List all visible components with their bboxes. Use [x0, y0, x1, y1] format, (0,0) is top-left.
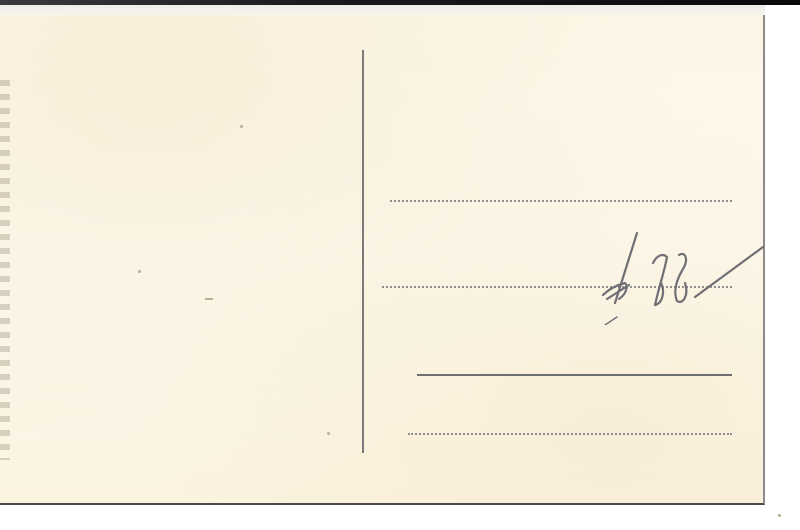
paper-speck: [327, 432, 330, 435]
left-edge-faint-text: [0, 80, 10, 460]
handwritten-annotation: [595, 225, 765, 325]
postcard-center-divider: [362, 50, 364, 453]
address-line-1: [390, 200, 732, 202]
postcard-top-edge: [0, 5, 765, 15]
address-line-4: [408, 433, 732, 435]
address-line-3: [417, 374, 732, 376]
paper-speck: [205, 298, 213, 300]
paper-speck: [240, 125, 243, 128]
paper-speck: [138, 270, 141, 273]
paper-speck: [778, 514, 781, 517]
